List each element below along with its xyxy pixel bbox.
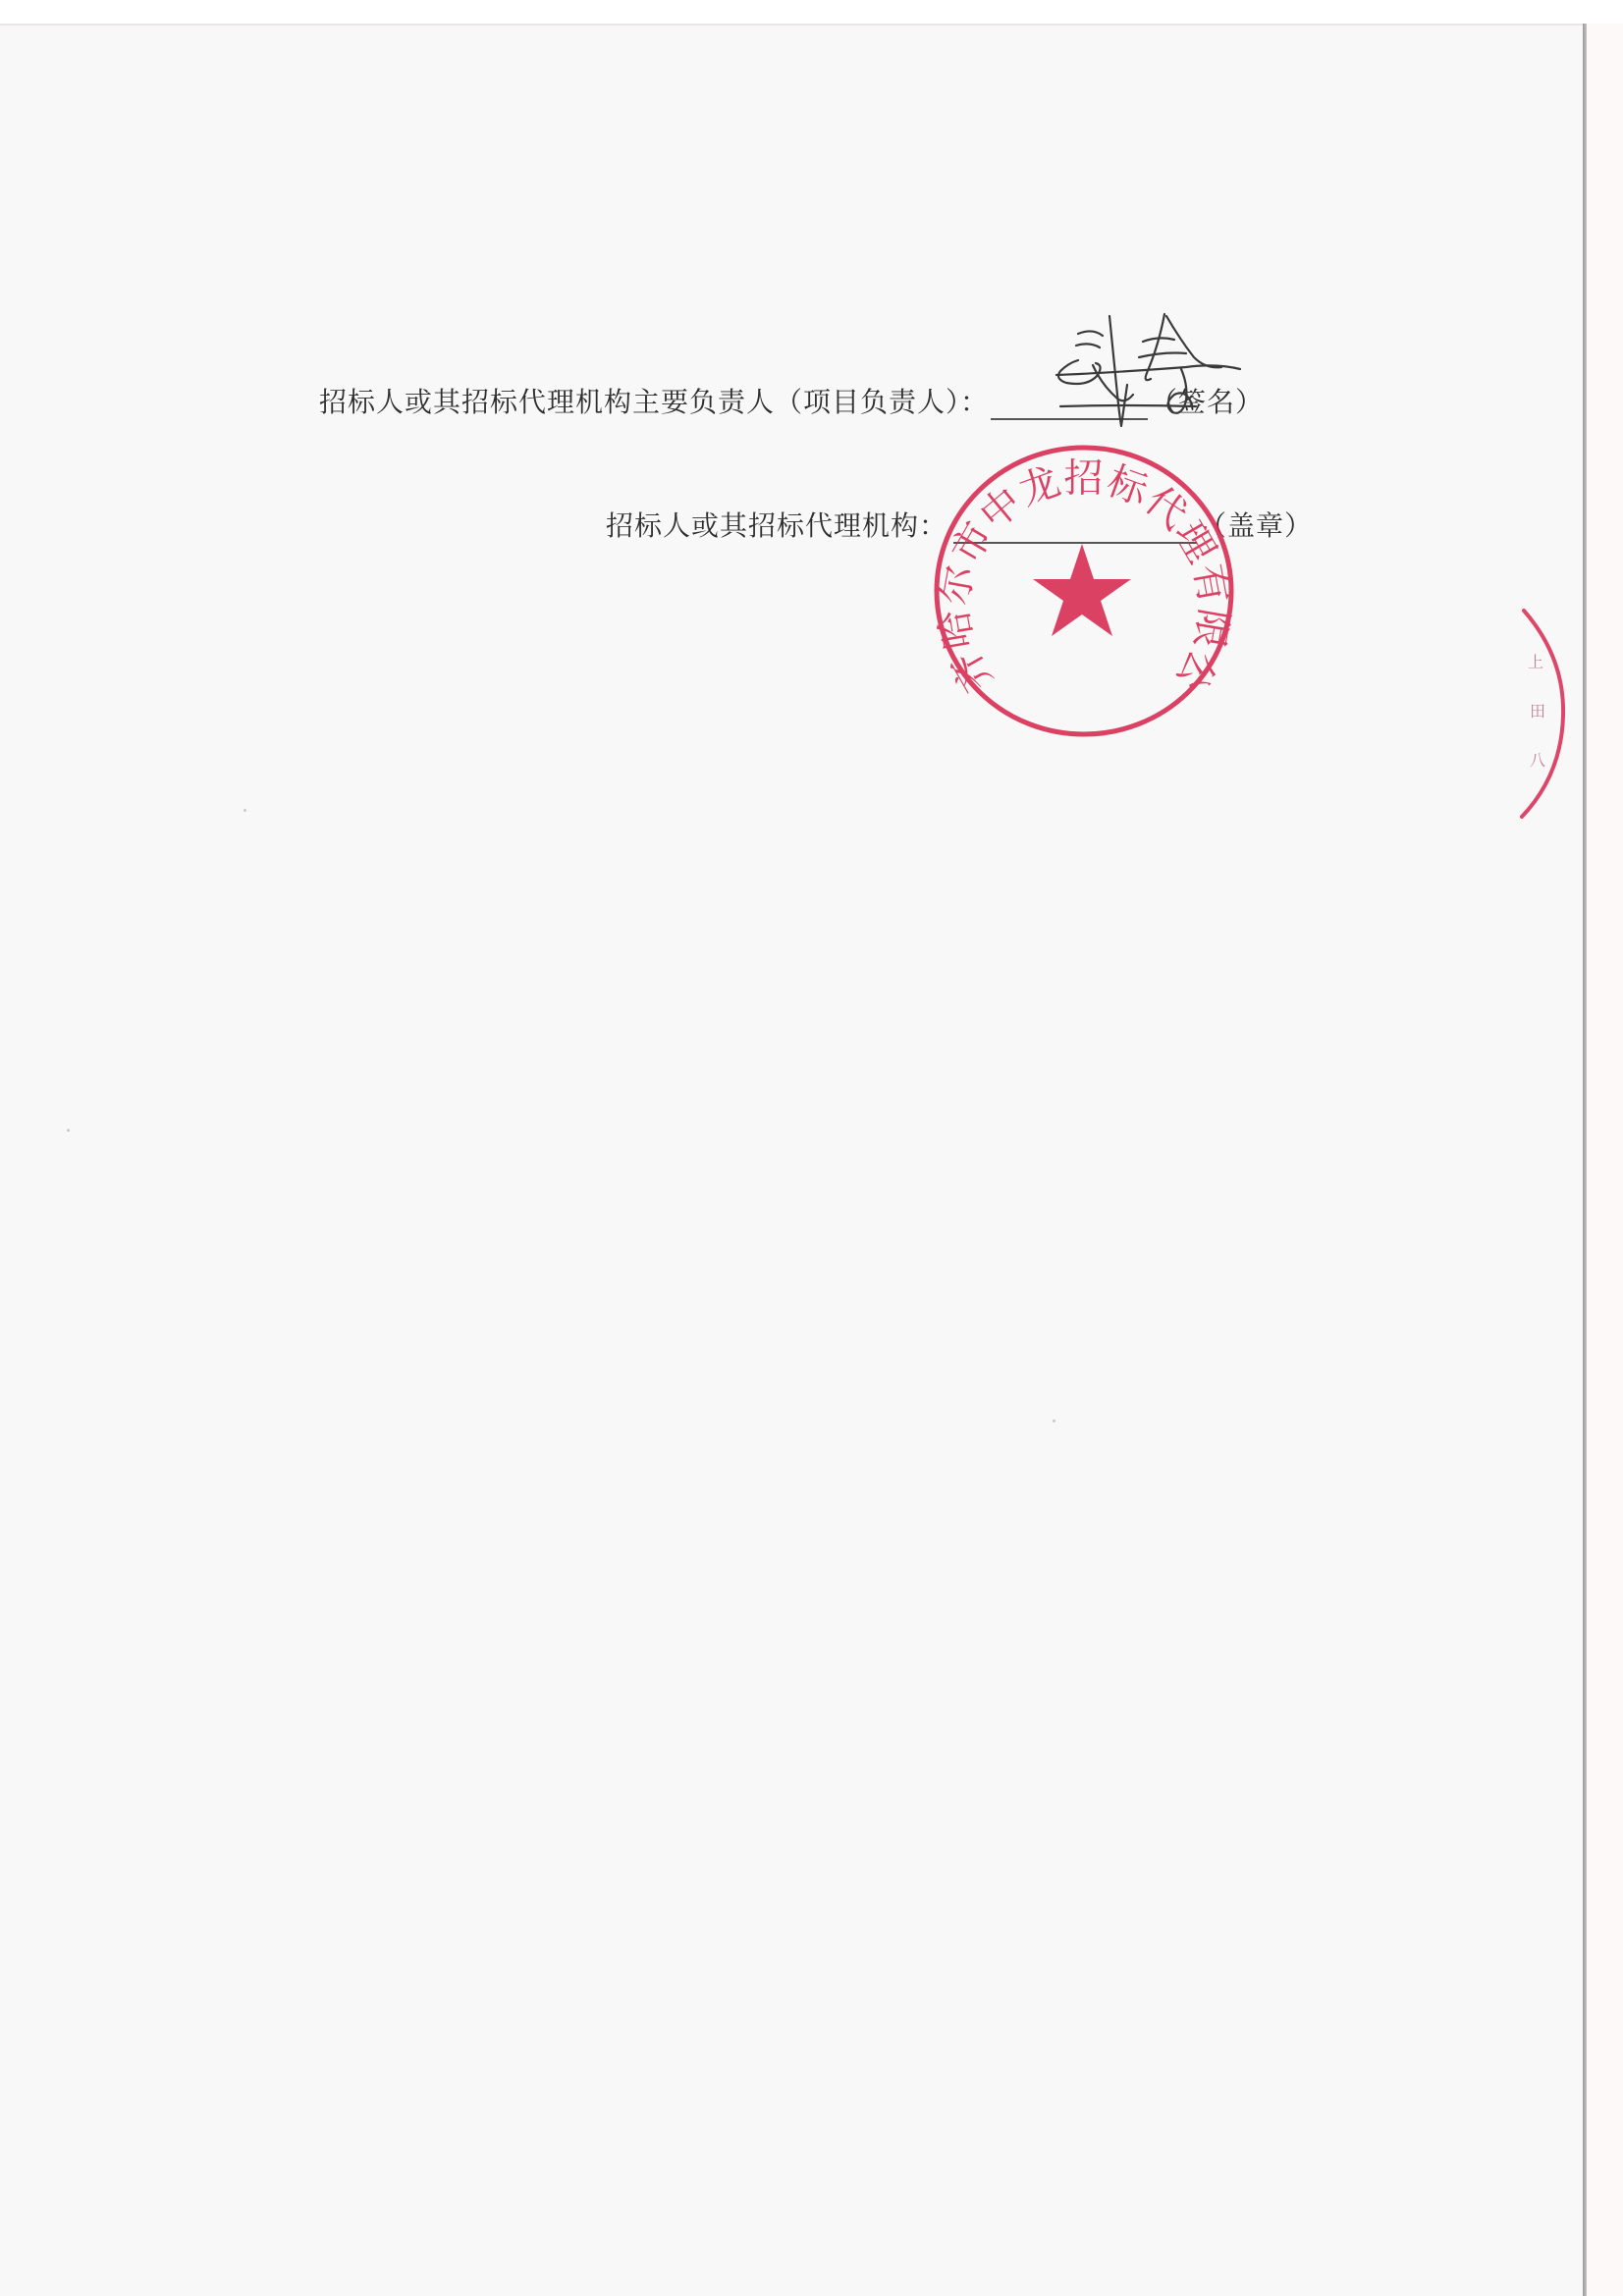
scan-top-margin (0, 0, 1623, 24)
partial-seal-edge: 上 田 八 (1520, 599, 1579, 825)
star-icon (1033, 544, 1131, 636)
scan-speck (67, 1129, 70, 1132)
document-page (0, 24, 1583, 2296)
scan-right-margin (1587, 24, 1623, 2296)
handwritten-signature: 刘涛 (1049, 306, 1255, 434)
company-seal: 齐齐哈尔市中龙招标代理有限公司 (927, 438, 1241, 742)
scan-speck (243, 809, 246, 812)
scan-speck (1053, 1419, 1055, 1422)
seal-label: 招标人或其招标代理机构： (606, 509, 947, 542)
svg-text:上: 上 (1528, 653, 1543, 671)
svg-text:八: 八 (1530, 751, 1545, 770)
svg-text:田: 田 (1530, 702, 1545, 721)
signature-label: 招标人或其招标代理机构主要负责人（项目负责人）： (319, 386, 989, 418)
